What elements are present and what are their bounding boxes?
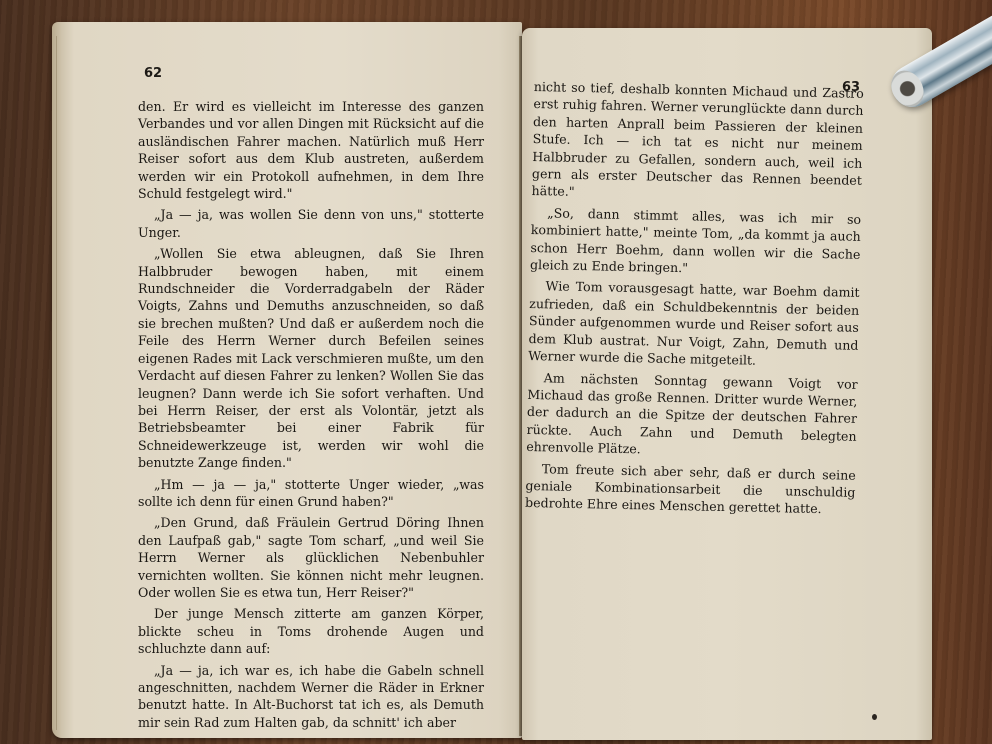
paragraph: Am nächsten Sonntag gewann Voigt vor Mic… xyxy=(526,368,858,462)
paragraph: „So, dann stimmt alles, was ich mir so k… xyxy=(530,204,861,281)
left-page-text: den. Er wird es vielleicht im Interesse … xyxy=(138,98,484,735)
paragraph: Wie Tom vorausgesagt hatte, war Boehm da… xyxy=(528,277,860,371)
paragraph: „Wollen Sie etwa ableugnen, daß Sie Ihre… xyxy=(138,245,484,471)
paragraph: den. Er wird es vielleicht im Interesse … xyxy=(138,98,484,202)
right-page: 63 nicht so tief, deshalb konnten Michau… xyxy=(522,28,932,740)
paragraph: „Hm — ja — ja," stotterte Unger wieder, … xyxy=(138,476,484,511)
paper-speck xyxy=(872,714,877,720)
paragraph: Der junge Mensch zitterte am ganzen Körp… xyxy=(138,605,484,657)
paragraph: Tom freute sich aber sehr, daß er durch … xyxy=(525,459,856,518)
paragraph: „Ja — ja, was wollen Sie denn von uns," … xyxy=(138,206,484,241)
paragraph: „Ja — ja, ich war es, ich habe die Gabel… xyxy=(138,662,484,732)
paragraph: „Den Grund, daß Fräulein Gertrud Döring … xyxy=(138,514,484,601)
paragraph: nicht so tief, deshalb konnten Michaud u… xyxy=(531,78,863,207)
left-page: 62 den. Er wird es vielleicht im Interes… xyxy=(52,22,522,738)
right-page-text: nicht so tief, deshalb konnten Michaud u… xyxy=(525,78,864,523)
page-number-left: 62 xyxy=(144,66,162,81)
